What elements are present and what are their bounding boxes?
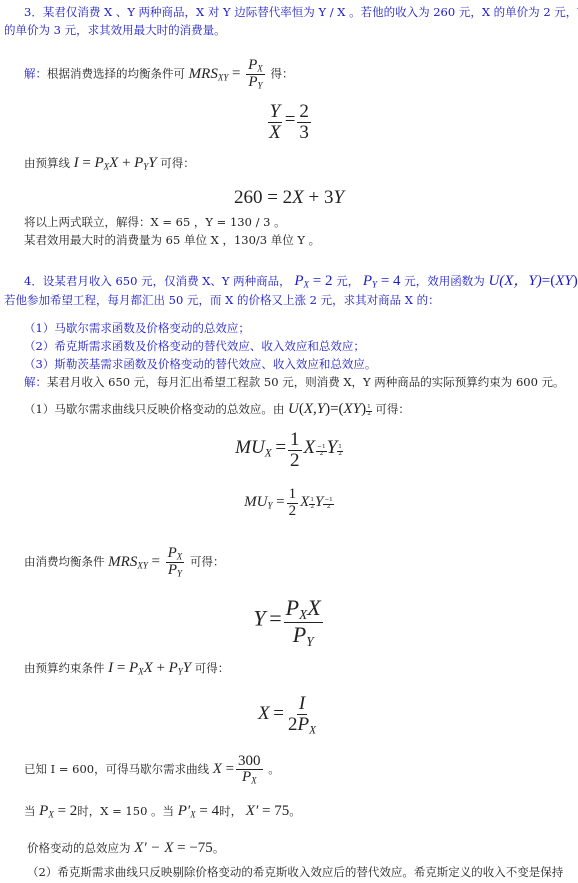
problem4-part2-line: （2）希克斯需求曲线只反映剔除价格变动的希克斯收入效应后的替代效应。希克斯定义的…: [27, 864, 563, 880]
problem4-item-1: （1）马歇尔需求函数及价格变动的总效应；: [24, 320, 250, 336]
problem4-solution-line: 解：某君月收入 650 元，每月汇出希望工程款 50 元，则消费 X，Y 两种商…: [24, 374, 565, 390]
problem4-total-effect: 价格变动的总效应为 X′ − X = −75。: [27, 838, 224, 858]
problem4-item-3: （3）斯勒茨基需求函数及价格变动的替代效应、收入效应和总效应。: [24, 356, 376, 372]
problem3-budget-line: 由预算线 I = PXX + PYY 可得：: [24, 155, 195, 175]
problem4-when-line: 当 PX = 2时，X = 150 。当 P′X = 4时， X′ = 75。: [24, 800, 301, 826]
equation-x-demand: X =I2PX: [0, 692, 578, 738]
solution-label: 解：: [24, 375, 47, 389]
problem3-line1: 3．某君仅消费 X 、Y 两种商品，X 对 Y 边际替代率恒为 Y / X 。若…: [24, 4, 578, 20]
equation-muy: MUY =12X12Y−12: [0, 482, 578, 526]
problem4-item-2: （2）希克斯需求函数及价格变动的替代效应、收入效应和总效应；: [24, 338, 365, 354]
problem3-answer-line: 某君效用最大时的消费量为 65 单位 X ，130/3 单位 Y 。: [24, 232, 320, 248]
solution-label: 解：: [24, 67, 47, 81]
problem4-line2: 若他参加希望工程，每月都汇出 50 元，而 X 的价格又上涨 2 元，求其对商品…: [4, 292, 440, 308]
problem3-line2: 的单价为 3 元，求其效用最大时的消费量。: [4, 22, 226, 38]
equation-mux: MUX =12X−12Y12: [0, 428, 578, 473]
problem4-budget-line: 由预算约束条件 I = PXX + PYY 可得：: [24, 660, 229, 680]
equation-y-over-x: YX=23: [0, 100, 578, 142]
equation-y-demand: Y =PXXPY: [0, 596, 578, 649]
problem3-solution-intro: 解：根据消费选择的均衡条件可 MRSXY = PXPY 得：: [24, 58, 293, 92]
problem4-known-line: 已知 I = 600，可得马歇尔需求曲线 X =300PX 。: [24, 752, 280, 786]
problem3-solve-line: 将以上两式联立，解得：X = 65 ，Y = 130 / 3 。: [24, 214, 286, 230]
equation-budget-260: 260 = 2X + 3Y: [0, 186, 578, 211]
problem4-equil-line: 由消费均衡条件 MRSXY = PXPY 可得：: [24, 546, 224, 580]
problem4-part1-intro: （1）马歇尔需求曲线只反映价格变动的总效应。由 U(X,Y)=(XY)12 可得…: [24, 398, 410, 420]
